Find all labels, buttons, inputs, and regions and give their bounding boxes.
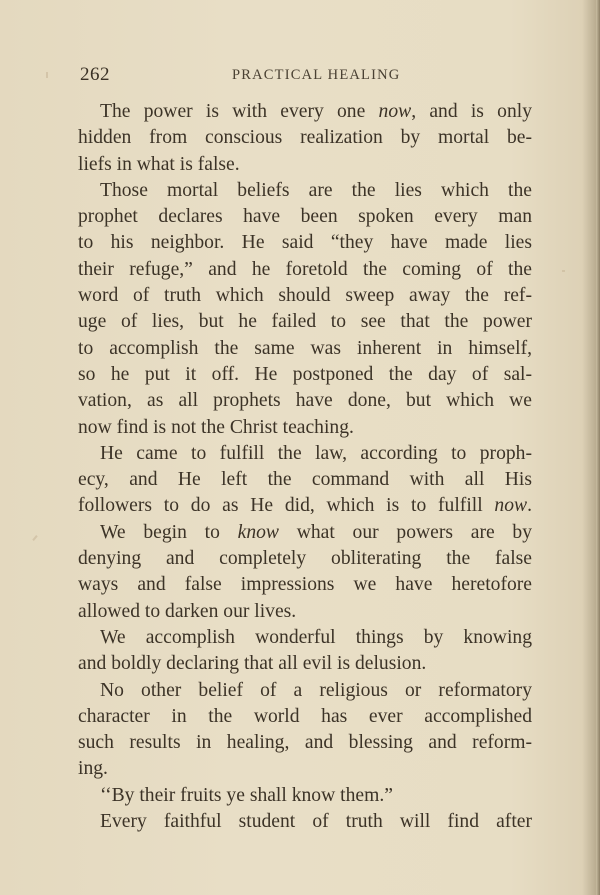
text-run: character in the world has ever accompli…: [78, 706, 532, 727]
text-line: to his neighbor. He said “they have made…: [78, 230, 532, 256]
text-line: Every faithful student of truth will fin…: [78, 809, 532, 835]
text-line: vation, as all prophets have done, but w…: [78, 388, 532, 414]
text-run: vation, as all prophets have done, but w…: [78, 390, 532, 411]
body-text: The power is with every one now, and is …: [78, 99, 532, 835]
text-run: We begin to: [100, 522, 238, 543]
text-run: such results in healing, and blessing an…: [78, 732, 532, 753]
text-line: character in the world has ever accompli…: [78, 704, 532, 730]
book-page: 262 PRACTICAL HEALING The power is with …: [0, 0, 600, 895]
text-line: ‘‘By their fruits ye shall know them.”: [78, 783, 532, 809]
text-run: allowed to darken our lives.: [78, 601, 296, 622]
text-run: ecy, and He left the command with all Hi…: [78, 469, 532, 490]
text-run: their refuge,” and he foretold the comin…: [78, 259, 532, 280]
text-line: He came to fulfill the law, according to…: [78, 441, 532, 467]
text-line: Those mortal beliefs are the lies which …: [78, 178, 532, 204]
italic-emphasis: now: [379, 101, 412, 122]
text-line: ing.: [78, 756, 532, 782]
text-run: The power is with every one: [100, 101, 379, 122]
text-run: what our powers are by: [279, 522, 532, 543]
text-run: now find is not the Christ teaching.: [78, 417, 354, 438]
italic-emphasis: now: [494, 495, 527, 516]
text-run: , and is only: [411, 101, 532, 122]
text-run: so he put it off. He postponed the day o…: [78, 364, 532, 385]
paper-speck: [562, 270, 565, 272]
text-run: followers to do as He did, which is to f…: [78, 495, 494, 516]
text-line: denying and completely obliterating the …: [78, 546, 532, 572]
text-line: We accomplish wonderful things by knowin…: [78, 625, 532, 651]
text-line: ways and false impressions we have heret…: [78, 572, 532, 598]
text-run: .: [527, 495, 532, 516]
text-line: word of truth which should sweep away th…: [78, 283, 532, 309]
text-run: He came to fulfill the law, according to…: [100, 443, 532, 464]
text-run: ‘‘By their fruits ye shall know them.”: [100, 785, 393, 806]
text-run: and boldly declaring that all evil is de…: [78, 653, 426, 674]
text-line: followers to do as He did, which is to f…: [78, 493, 532, 519]
page-number: 262: [80, 64, 110, 86]
text-line: uge of lies, but he failed to see that t…: [78, 309, 532, 335]
text-line: prophet declares have been spoken every …: [78, 204, 532, 230]
text-run: ing.: [78, 758, 108, 779]
text-run: Every faithful student of truth will fin…: [100, 811, 532, 832]
page-header: 262 PRACTICAL HEALING: [80, 64, 540, 88]
text-run: denying and completely obliterating the …: [78, 548, 532, 569]
text-line: We begin to know what our powers are by: [78, 520, 532, 546]
text-run: to his neighbor. He said “they have made…: [78, 232, 532, 253]
paper-speck: [32, 535, 37, 541]
text-line: so he put it off. He postponed the day o…: [78, 362, 532, 388]
text-line: The power is with every one now, and is …: [78, 99, 532, 125]
text-line: No other belief of a religious or reform…: [78, 678, 532, 704]
text-line: to accomplish the same was inherent in h…: [78, 336, 532, 362]
text-line: hidden from conscious realization by mor…: [78, 125, 532, 151]
text-run: hidden from conscious realization by mor…: [78, 127, 532, 148]
paper-speck: [46, 72, 48, 78]
text-run: ways and false impressions we have heret…: [78, 574, 532, 595]
text-line: now find is not the Christ teaching.: [78, 415, 532, 441]
page-edge: [596, 0, 600, 895]
text-run: We accomplish wonderful things by knowin…: [100, 627, 532, 648]
text-run: liefs in what is false.: [78, 154, 240, 175]
text-line: such results in healing, and blessing an…: [78, 730, 532, 756]
running-head: PRACTICAL HEALING: [232, 67, 400, 84]
text-run: uge of lies, but he failed to see that t…: [78, 311, 532, 332]
text-line: and boldly declaring that all evil is de…: [78, 651, 532, 677]
text-line: liefs in what is false.: [78, 152, 532, 178]
text-line: allowed to darken our lives.: [78, 599, 532, 625]
text-run: No other belief of a religious or reform…: [100, 680, 532, 701]
text-run: prophet declares have been spoken every …: [78, 206, 532, 227]
italic-emphasis: know: [238, 522, 279, 543]
text-line: their refuge,” and he foretold the comin…: [78, 257, 532, 283]
text-run: to accomplish the same was inherent in h…: [78, 338, 532, 359]
text-run: word of truth which should sweep away th…: [78, 285, 532, 306]
text-line: ecy, and He left the command with all Hi…: [78, 467, 532, 493]
text-run: Those mortal beliefs are the lies which …: [100, 180, 532, 201]
